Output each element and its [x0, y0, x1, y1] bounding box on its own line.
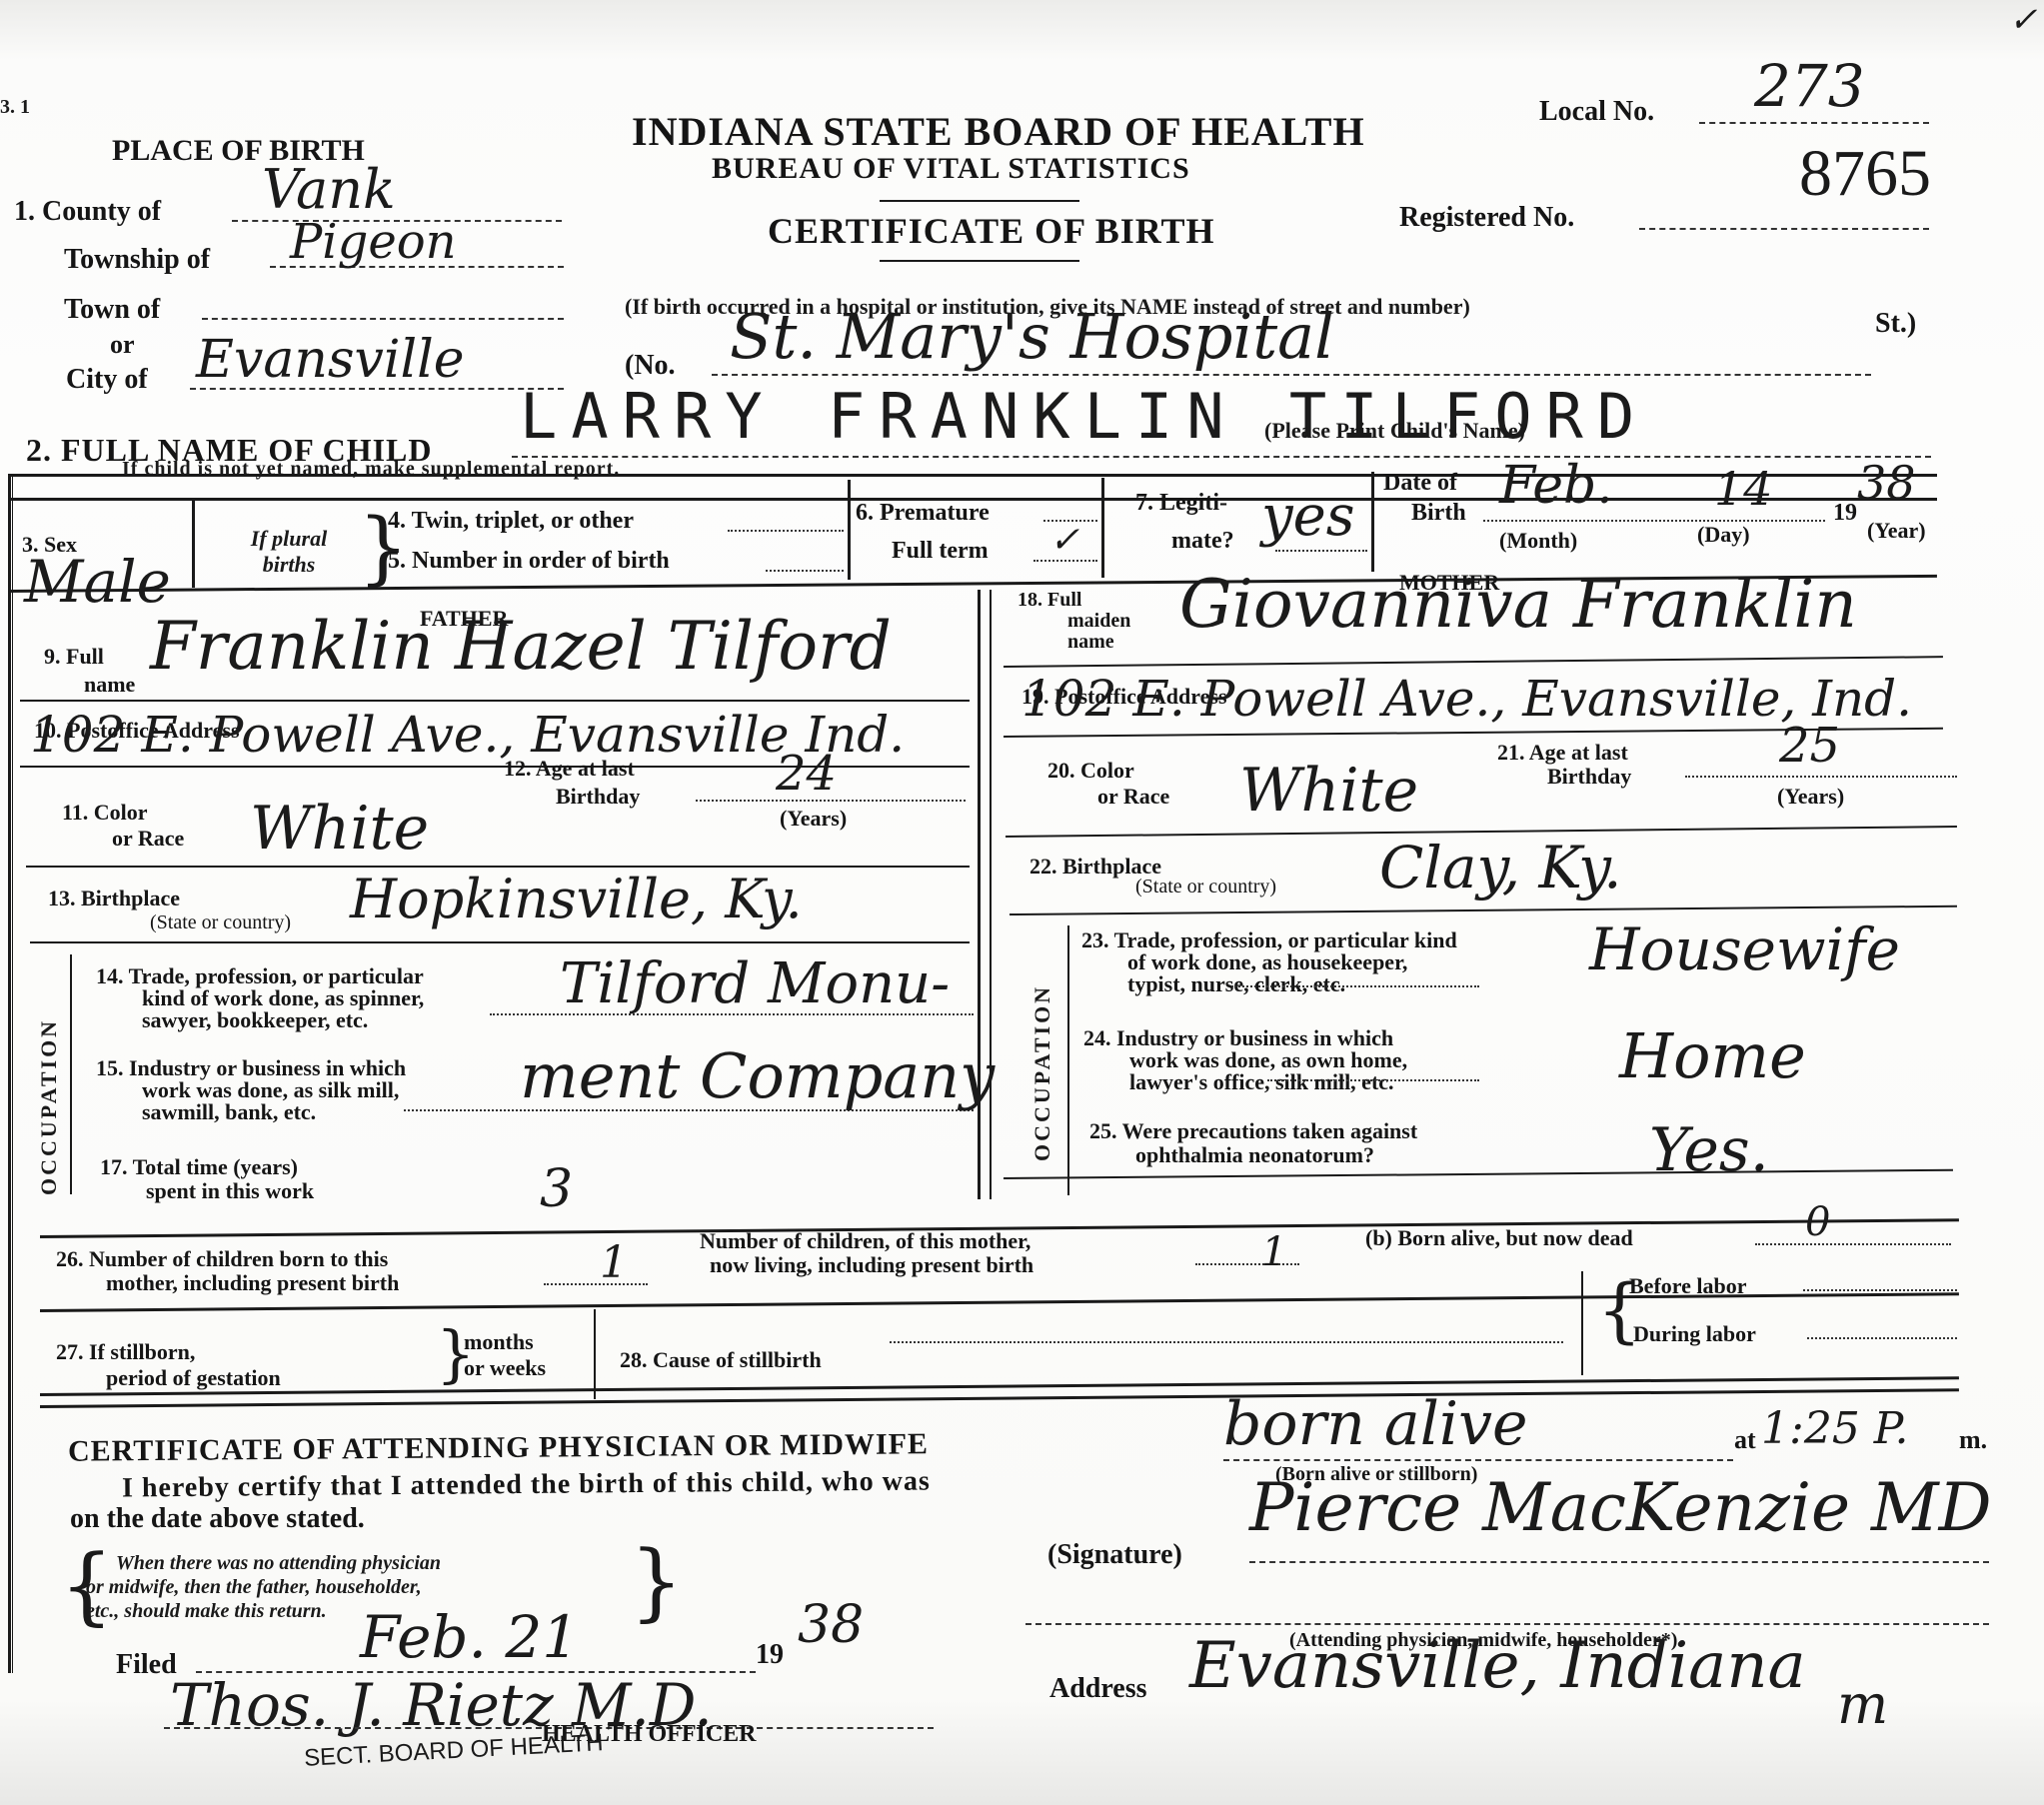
premature-label: 6. Premature [856, 500, 990, 527]
mother-trade-value: Housewife [1589, 915, 1900, 983]
mother-precautions-label: 25. Were precautions taken against ophth… [1089, 1119, 1417, 1167]
stillborn-label: 27. If stillborn, period of gestation [56, 1339, 281, 1391]
city-label: City of [66, 364, 148, 396]
brace-icon: } [630, 1539, 683, 1623]
twin-label: 4. Twin, triplet, or other [388, 508, 634, 535]
filed-date-value: Feb. 21 [360, 1603, 579, 1671]
township-value: Pigeon [290, 214, 457, 270]
registered-no-label: Registered No. [1399, 202, 1574, 234]
plural-births-label: If plural births [234, 526, 344, 578]
father-address-value: 102 E. Powell Ave., Evansville Ind. [30, 706, 905, 764]
check-mark-icon: ✓ [2009, 0, 2038, 40]
children-living-value: 1 [1261, 1229, 1286, 1275]
city-value: Evansville [196, 330, 465, 390]
child-name-hint: (Please Print Child's Name) [1264, 418, 1525, 444]
children-dead-value: 0 [1805, 1199, 1830, 1245]
father-name-value: Franklin Hazel Tilford [150, 608, 892, 685]
month-hint: (Month) [1499, 528, 1577, 554]
full-term-check-icon: ✓ [1049, 520, 1079, 561]
mother-occupation-side-label: OCCUPATION [1029, 984, 1055, 1161]
physician-address-label: Address [1049, 1673, 1147, 1705]
order-label: 5. Number in order of birth [388, 548, 670, 575]
sex-value: Male [24, 548, 171, 616]
born-status-value: born alive [1223, 1389, 1527, 1459]
mother-name-label: 18. Full maiden name [1018, 590, 1130, 653]
year-hint: (Year) [1867, 518, 1926, 544]
at-label: at [1734, 1425, 1756, 1455]
physician-statement-1: I hereby certify that I attended the bir… [122, 1465, 931, 1504]
dob-label-1: Date of [1383, 470, 1457, 497]
mother-precautions-value: Yes. [1649, 1115, 1769, 1185]
mother-race-label-1: 20. Color [1047, 758, 1134, 784]
dob-label-2: Birth [1411, 500, 1466, 527]
father-time-label: 17. Total time (years) spent in this wor… [100, 1155, 314, 1203]
stillborn-units: months or weeks [464, 1329, 546, 1381]
father-race-label-1: 11. Color [62, 800, 148, 826]
father-years-hint: (Years) [780, 806, 847, 832]
physician-heading: CERTIFICATE OF ATTENDING PHYSICIAN OR MI… [68, 1427, 929, 1469]
father-race-value: White [250, 794, 429, 864]
father-age-label-1: 12. Age at last [504, 756, 635, 782]
birth-certificate-document: 3. 1 ✓ INDIANA STATE BOARD OF HEALTH BUR… [0, 0, 2044, 1805]
mother-birthplace-hint: (State or country) [1135, 876, 1276, 899]
street-suffix: St.) [1875, 308, 1916, 340]
mother-name-value: Giovanniva Franklin [1179, 566, 1857, 643]
children-living-label: Number of children, of this mother, now … [700, 1229, 1033, 1277]
agency-title: INDIANA STATE BOARD OF HEALTH [632, 108, 1365, 155]
before-labor-label: Before labor [1629, 1273, 1747, 1299]
local-no-value: 273 [1754, 52, 1865, 120]
county-value: Vank [262, 158, 396, 221]
father-trade-label: 14. Trade, profession, or particular kin… [96, 965, 424, 1031]
filed-year-prefix: 19 [756, 1639, 784, 1671]
filed-label: Filed [116, 1649, 177, 1681]
form-code: 3. 1 [0, 96, 30, 119]
father-name-label-1: 9. Full [44, 644, 104, 670]
hospital-value: St. Mary's Hospital [730, 300, 1334, 373]
mother-age-label-2: Birthday [1547, 764, 1631, 790]
or-label: or [110, 330, 135, 360]
supplemental-note: If child is not yet named, make suppleme… [122, 458, 620, 481]
father-trade-value: Tilford Monu- [560, 951, 950, 1016]
dob-year-prefix: 19 [1833, 500, 1857, 527]
county-label: 1. County of [14, 196, 161, 228]
town-label: Town of [64, 294, 160, 326]
mother-race-value: White [1239, 756, 1418, 826]
mother-years-hint: (Years) [1777, 784, 1844, 810]
street-prefix: (No. [625, 350, 676, 382]
physician-address-value: Evansville, Indiana [1189, 1629, 1806, 1703]
mother-race-label-2: or Race [1097, 784, 1169, 810]
father-birthplace-label: 13. Birthplace [48, 886, 180, 911]
filed-year-value: 38 [798, 1595, 864, 1655]
children-born-label: 26. Number of children born to this moth… [56, 1247, 399, 1295]
mother-industry-value: Home [1619, 1019, 1806, 1092]
legitimate-label-2: mate? [1171, 528, 1234, 555]
father-age-label-2: Birthday [556, 784, 640, 810]
bureau-title: BUREAU OF VITAL STATISTICS [712, 152, 1190, 186]
mother-age-value: 25 [1779, 718, 1840, 774]
day-hint: (Day) [1697, 522, 1750, 548]
children-born-value: 1 [600, 1237, 628, 1288]
birth-time-value: 1:25 P. [1761, 1403, 1908, 1454]
father-industry-value: ment Company [520, 1039, 995, 1112]
father-time-value: 3 [540, 1159, 573, 1219]
mother-birthplace-value: Clay, Ky. [1379, 834, 1622, 902]
registered-no-value: 8765 [1799, 136, 1931, 212]
dob-month: Feb. [1499, 456, 1613, 516]
page-title: CERTIFICATE OF BIRTH [768, 210, 1215, 252]
father-age-value: 24 [776, 746, 837, 802]
full-term-label: Full term [892, 538, 989, 565]
father-occupation-side-label: OCCUPATION [36, 1018, 62, 1195]
initial-mark: m [1837, 1673, 1888, 1736]
township-label: Township of [64, 244, 210, 276]
father-race-label-2: or Race [112, 826, 184, 852]
legitimate-value: yes [1261, 484, 1355, 549]
cause-label: 28. Cause of stillbirth [620, 1347, 822, 1373]
dob-day: 14 [1714, 462, 1773, 516]
father-birthplace-value: Hopkinsville, Ky. [350, 868, 803, 930]
mother-age-label-1: 21. Age at last [1497, 740, 1628, 766]
time-suffix: m. [1959, 1425, 1987, 1455]
local-no-label: Local No. [1539, 96, 1654, 128]
legitimate-label-1: 7. Legiti- [1135, 490, 1227, 517]
dob-year: 38 [1857, 456, 1916, 510]
children-dead-label: (b) Born alive, but now dead [1365, 1225, 1633, 1251]
father-birthplace-hint: (State or country) [150, 911, 291, 934]
father-industry-label: 15. Industry or business in which work w… [96, 1057, 406, 1123]
mother-industry-label: 24. Industry or business in which work w… [1083, 1027, 1407, 1093]
signature-label: (Signature) [1047, 1539, 1182, 1571]
during-labor-label: During labor [1633, 1321, 1756, 1347]
physician-signature: Pierce MacKenzie MD [1249, 1469, 1992, 1546]
father-name-label-2: name [84, 672, 135, 698]
physician-statement-2: on the date above stated. [70, 1503, 365, 1535]
